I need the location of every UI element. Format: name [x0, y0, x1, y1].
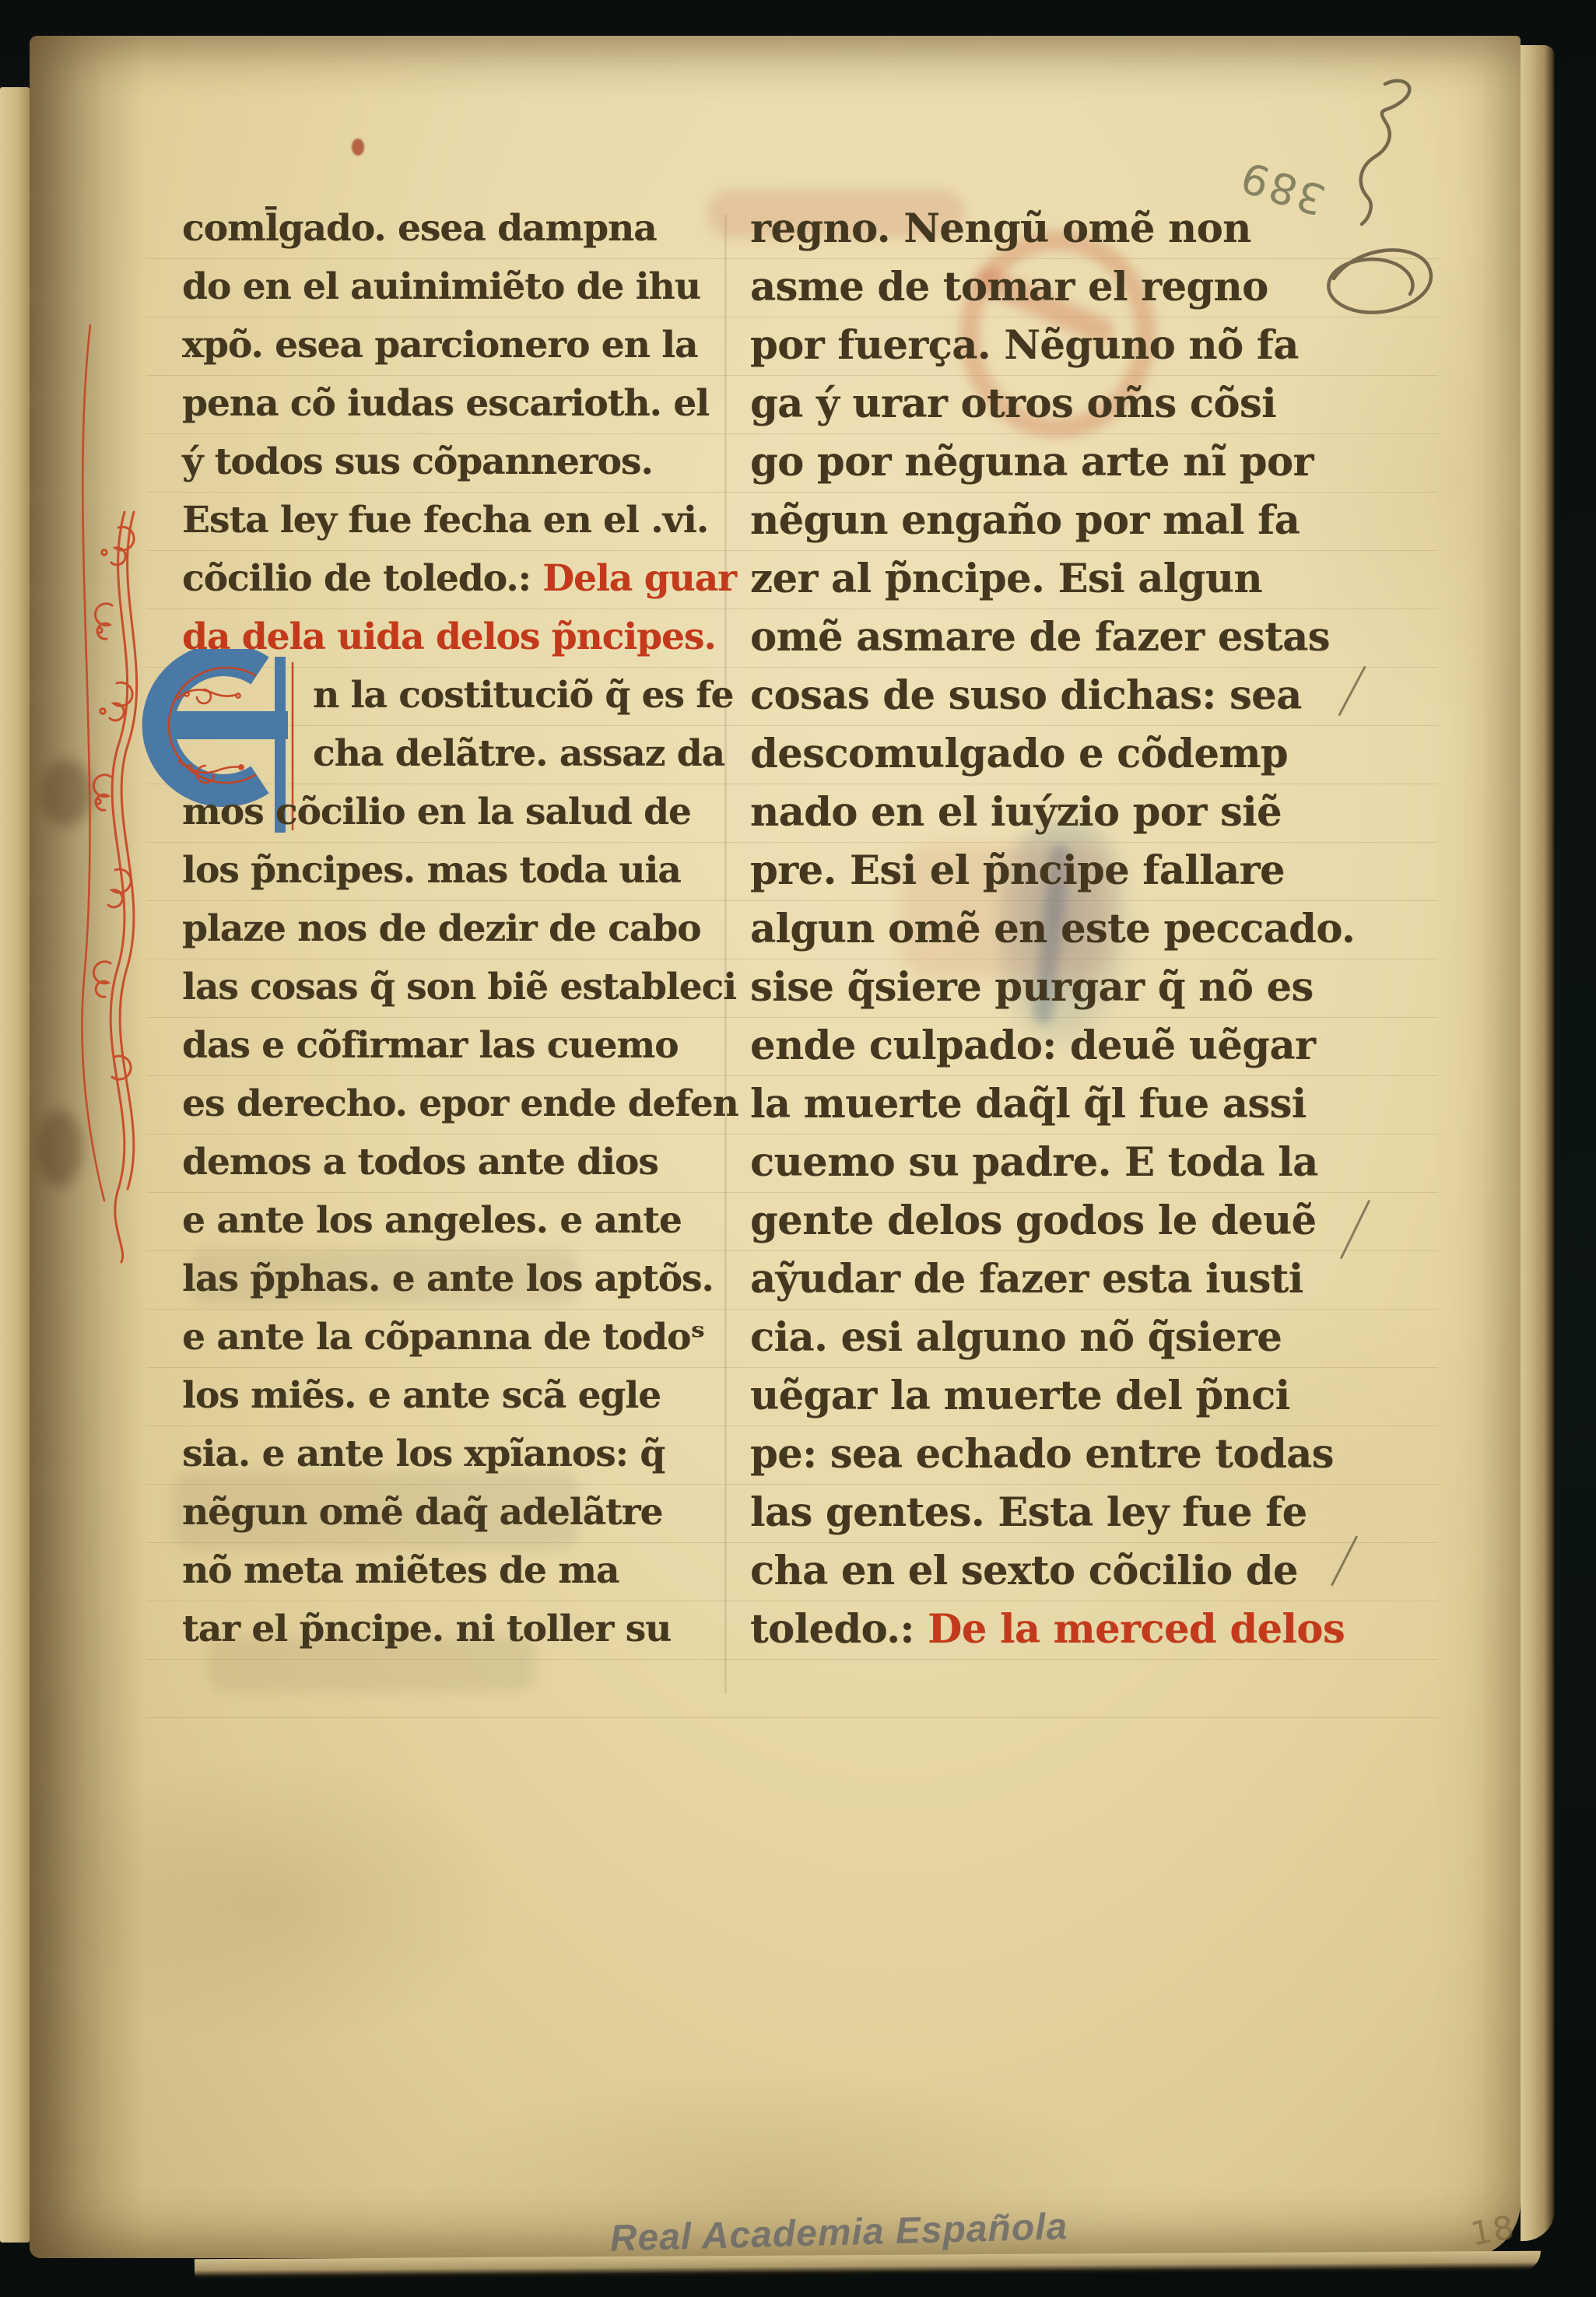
- line-segment-rubric: De la merced delos: [914, 1606, 1345, 1653]
- manuscript-line: pena cõ iudas escarioth. el: [182, 376, 727, 434]
- manuscript-line: nẽgun engaño por mal fa: [750, 493, 1357, 551]
- manuscript-line: xpõ. esea parcionero en la: [182, 317, 727, 376]
- line-segment-ink: pena cõ iudas escarioth. el: [182, 382, 709, 425]
- line-segment-ink: cõcilio de toledo.:: [182, 557, 531, 600]
- line-segment-ink: sise q̃siere purgar q̃ nõ es: [750, 964, 1314, 1011]
- manuscript-line: cha delãtre. assaz da: [182, 726, 727, 784]
- line-segment-ink: coml̄gado. esea dampna: [182, 207, 657, 250]
- photo-background: coml̄gado. esea dampnado en el auinimiẽt…: [0, 0, 1596, 2297]
- line-segment-ink: e ante los angeles. e ante: [182, 1199, 682, 1242]
- line-segment-ink: Esta ley fue fecha en el .vi.: [182, 499, 708, 542]
- manuscript-line: coml̄gado. esea dampna: [182, 201, 727, 259]
- line-segment-ink: das e cõfirmar las cuemo: [182, 1024, 678, 1067]
- manuscript-line: pe: sea echado entre todas: [750, 1426, 1357, 1485]
- manuscript-line: plaze nos de dezir de cabo: [182, 901, 727, 959]
- manuscript-line: sia. e ante los xpĩanos: q̃: [182, 1426, 727, 1485]
- manuscript-line: pre. Esi el p̃ncipe fallare: [750, 843, 1357, 901]
- line-segment-ink: nẽgun omẽ daq̃ adelãtre: [182, 1491, 662, 1534]
- line-segment-ink: nõ meta miẽtes de ma: [182, 1549, 619, 1592]
- line-segment-ink: demos a todos ante dios: [182, 1141, 658, 1184]
- line-segment-ink: pre. Esi el p̃ncipe fallare: [750, 847, 1285, 894]
- line-segment-ink: nado en el iuýzio por siẽ: [750, 789, 1282, 836]
- manuscript-line: e ante los angeles. e ante: [182, 1193, 727, 1251]
- book-fore-edge: [1521, 45, 1555, 2241]
- manuscript-line: sise q̃siere purgar q̃ nõ es: [750, 959, 1357, 1018]
- manuscript-line: cuemo su padre. E toda la: [750, 1134, 1357, 1193]
- line-segment-ink: es derecho. epor ende defen: [182, 1082, 738, 1125]
- manuscript-line: ga ý urar otros om̃s cõsi: [750, 376, 1357, 434]
- manuscript-line: nẽgun omẽ daq̃ adelãtre: [182, 1485, 727, 1543]
- line-segment-rubric: da dela uida delos p̃ncipes.: [182, 615, 716, 658]
- manuscript-line: n la costituciõ q̃ es fe: [182, 668, 727, 726]
- line-segment-ink: e ante la cõpanna de todoˢ: [182, 1316, 704, 1359]
- line-segment-ink: cia. esi alguno nõ q̃siere: [750, 1314, 1282, 1361]
- manuscript-line: los miẽs. e ante scã egle: [182, 1368, 727, 1426]
- line-segment-ink: uẽgar la muerte del p̃nci: [750, 1373, 1290, 1419]
- manuscript-page: coml̄gado. esea dampnado en el auinimiẽt…: [30, 36, 1521, 2258]
- manuscript-line: zer al p̃ncipe. Esi algun: [750, 551, 1357, 609]
- line-segment-ink: algun omẽ en este peccado.: [750, 906, 1355, 952]
- line-segment-ink: sia. e ante los xpĩanos: q̃: [182, 1433, 665, 1475]
- line-segment-ink: omẽ asmare de fazer estas: [750, 614, 1330, 661]
- line-segment-ink: los p̃ncipes. mas toda uia: [182, 849, 681, 892]
- line-segment-ink: ý todos sus cõpanneros.: [182, 440, 653, 483]
- manuscript-line: do en el auinimiẽto de ihu: [182, 259, 727, 317]
- manuscript-line: cha en el sexto cõcilio de: [750, 1543, 1357, 1601]
- manuscript-line: omẽ asmare de fazer estas: [750, 609, 1357, 668]
- line-segment-ink: aỹudar de fazer esta iusti: [750, 1256, 1303, 1303]
- manuscript-line: las cosas q̃ son biẽ estableci: [182, 959, 727, 1018]
- manuscript-line: es derecho. epor ende defen: [182, 1076, 727, 1134]
- line-segment-ink: cosas de suso dichas: sea: [750, 672, 1302, 719]
- line-segment-ink: xpõ. esea parcionero en la: [182, 324, 697, 366]
- line-segment-ink: go por nẽguna arte nĩ por: [750, 439, 1314, 486]
- manuscript-line: tar el p̃ncipe. ni toller su: [182, 1601, 727, 1660]
- line-segment-ink: plaze nos de dezir de cabo: [182, 907, 700, 950]
- line-segment-ink: ende culpado: deuẽ uẽgar: [750, 1022, 1315, 1069]
- manuscript-line: go por nẽguna arte nĩ por: [750, 434, 1357, 493]
- line-segment-ink: nẽgun engaño por mal fa: [750, 497, 1300, 544]
- manuscript-line: asme de tomar el regno: [750, 259, 1357, 317]
- line-segment-ink: do en el auinimiẽto de ihu: [182, 265, 700, 308]
- line-segment-ink: pe: sea echado entre todas: [750, 1431, 1334, 1478]
- line-segment-ink: asme de tomar el regno: [750, 264, 1268, 310]
- line-segment-ink: cha en el sexto cõcilio de: [750, 1548, 1298, 1594]
- line-segment-ink: los miẽs. e ante scã egle: [182, 1374, 661, 1417]
- line-segment-ink: la muerte daq̃l q̃l fue assi: [750, 1081, 1307, 1127]
- line-segment-ink: por fuerça. Nẽguno nõ fa: [750, 322, 1299, 369]
- manuscript-line: nado en el iuýzio por siẽ: [750, 784, 1357, 843]
- manuscript-line: aỹudar de fazer esta iusti: [750, 1251, 1357, 1310]
- manuscript-line: cosas de suso dichas: sea: [750, 668, 1357, 726]
- line-segment-ink: mos cõcilio en la salud de: [182, 791, 691, 833]
- manuscript-line: demos a todos ante dios: [182, 1134, 727, 1193]
- manuscript-line: por fuerça. Nẽguno nõ fa: [750, 317, 1357, 376]
- facing-page-edge: [0, 87, 30, 2243]
- line-segment-ink: cha delãtre. assaz da: [313, 732, 724, 775]
- manuscript-line: Esta ley fue fecha en el .vi.: [182, 493, 727, 551]
- manuscript-line: regno. Nengũ omẽ non: [750, 201, 1357, 259]
- manuscript-line: ý todos sus cõpanneros.: [182, 434, 727, 493]
- line-segment-ink: n la costituciõ q̃ es fe: [313, 674, 733, 717]
- manuscript-line: algun omẽ en este peccado.: [750, 901, 1357, 959]
- line-segment-ink: las gentes. Esta ley fue fe: [750, 1489, 1307, 1536]
- line-segment-ink: gente delos godos le deuẽ: [750, 1198, 1316, 1244]
- manuscript-line: mos cõcilio en la salud de: [182, 784, 727, 843]
- line-segment-ink: regno. Nengũ omẽ non: [750, 205, 1251, 252]
- manuscript-line: uẽgar la muerte del p̃nci: [750, 1368, 1357, 1426]
- line-segment-ink: tar el p̃ncipe. ni toller su: [182, 1608, 671, 1650]
- text-column-right: regno. Nengũ omẽ nonasme de tomar el reg…: [750, 201, 1357, 1660]
- line-segment-rubric: Dela guar: [531, 557, 736, 600]
- manuscript-line: toledo.: De la merced delos: [750, 1601, 1357, 1660]
- manuscript-line: la muerte daq̃l q̃l fue assi: [750, 1076, 1357, 1134]
- red-ink-spot: [352, 139, 364, 156]
- manuscript-line: los p̃ncipes. mas toda uia: [182, 843, 727, 901]
- line-segment-ink: las p̃phas. e ante los aptõs.: [182, 1257, 714, 1300]
- text-column-left: coml̄gado. esea dampnado en el auinimiẽt…: [182, 201, 727, 1660]
- manuscript-line: ende culpado: deuẽ uẽgar: [750, 1018, 1357, 1076]
- manuscript-line: das e cõfirmar las cuemo: [182, 1018, 727, 1076]
- manuscript-line: las p̃phas. e ante los aptõs.: [182, 1251, 727, 1310]
- manuscript-line: gente delos godos le deuẽ: [750, 1193, 1357, 1251]
- manuscript-line: cia. esi alguno nõ q̃siere: [750, 1310, 1357, 1368]
- manuscript-line: descomulgado e cõdemp: [750, 726, 1357, 784]
- line-segment-ink: zer al p̃ncipe. Esi algun: [750, 556, 1262, 602]
- line-segment-ink: las cosas q̃ son biẽ estableci: [182, 966, 736, 1008]
- manuscript-line: e ante la cõpanna de todoˢ: [182, 1310, 727, 1368]
- line-segment-ink: toledo.:: [750, 1606, 914, 1653]
- folio-number: 18: [1468, 2208, 1518, 2253]
- manuscript-line: da dela uida delos p̃ncipes.: [182, 609, 727, 668]
- manuscript-line: nõ meta miẽtes de ma: [182, 1543, 727, 1601]
- line-segment-ink: descomulgado e cõdemp: [750, 731, 1288, 777]
- manuscript-line: las gentes. Esta ley fue fe: [750, 1485, 1357, 1543]
- line-segment-ink: ga ý urar otros om̃s cõsi: [750, 380, 1276, 427]
- manuscript-line: cõcilio de toledo.: Dela guar: [182, 551, 727, 609]
- paraph-flourish-icon: [1298, 75, 1477, 339]
- line-segment-ink: cuemo su padre. E toda la: [750, 1139, 1318, 1186]
